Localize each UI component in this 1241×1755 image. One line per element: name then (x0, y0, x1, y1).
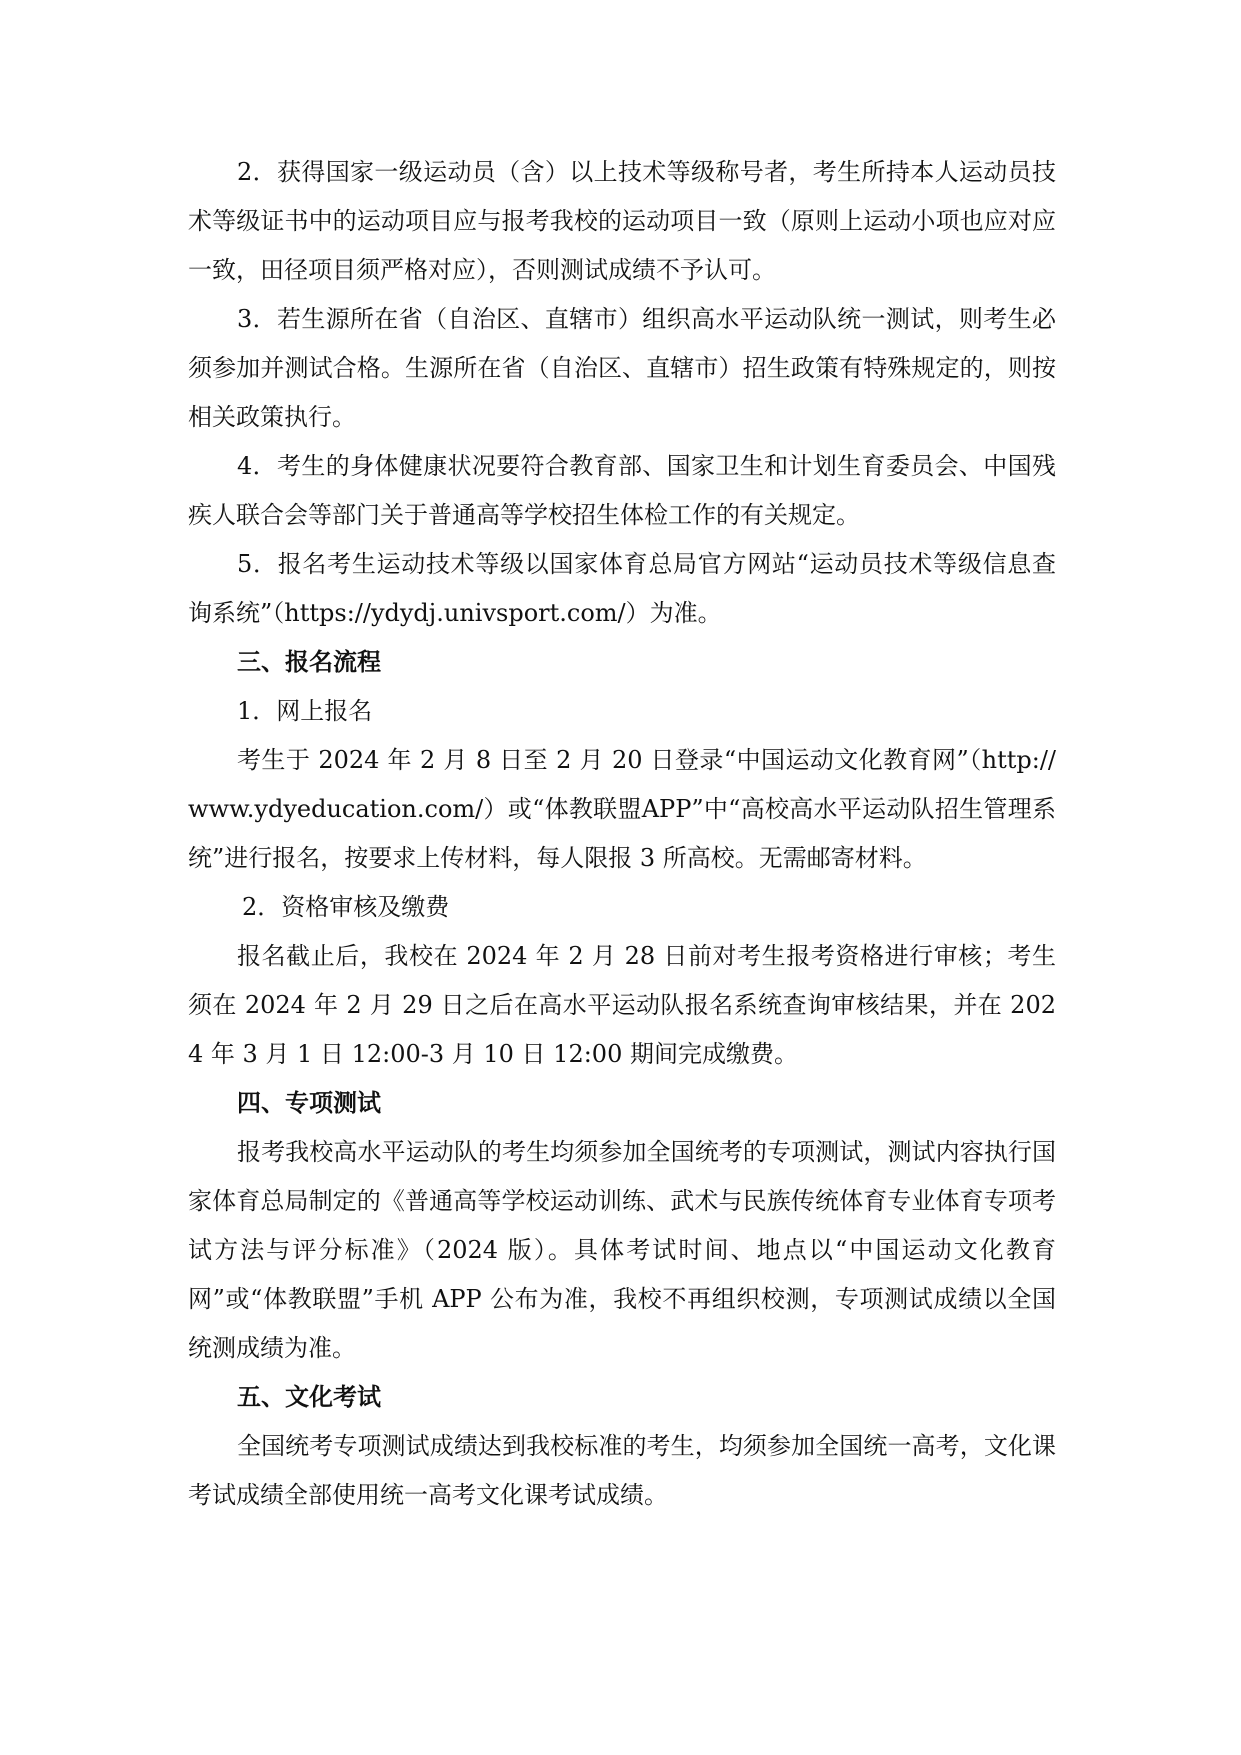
subheading-review-and-payment: 2．资格审核及缴费 (188, 883, 1056, 932)
paragraph-cultural-exam: 全国统考专项测试成绩达到我校标准的考生，均须参加全国统一高考，文化课考试成绩全部… (188, 1422, 1056, 1520)
paragraph-online-registration: 考生于 2024 年 2 月 8 日至 2 月 20 日登录“中国运动文化教育网… (188, 736, 1056, 883)
section-heading-special-test: 四、专项测试 (188, 1079, 1056, 1128)
paragraph-special-test: 报考我校高水平运动队的考生均须参加全国统考的专项测试，测试内容执行国家体育总局制… (188, 1128, 1056, 1373)
paragraph-item-3-provincial-test: 3．若生源所在省（自治区、直辖市）组织高水平运动队统一测试，则考生必须参加并测试… (188, 295, 1056, 442)
paragraph-review-and-payment: 报名截止后，我校在 2024 年 2 月 28 日前对考生报考资格进行审核；考生… (188, 932, 1056, 1079)
paragraph-item-4-health: 4．考生的身体健康状况要符合教育部、国家卫生和计划生育委员会、中国残疾人联合会等… (188, 442, 1056, 540)
section-heading-cultural-exam: 五、文化考试 (188, 1373, 1056, 1422)
section-heading-registration-process: 三、报名流程 (188, 638, 1056, 687)
document-page: 2．获得国家一级运动员（含）以上技术等级称号者，考生所持本人运动员技术等级证书中… (188, 148, 1056, 1520)
subheading-online-registration: 1．网上报名 (188, 687, 1056, 736)
paragraph-item-5-level-query: 5．报名考生运动技术等级以国家体育总局官方网站“运动员技术等级信息查询系统”（h… (188, 540, 1056, 638)
paragraph-item-2-athlete-level: 2．获得国家一级运动员（含）以上技术等级称号者，考生所持本人运动员技术等级证书中… (188, 148, 1056, 295)
